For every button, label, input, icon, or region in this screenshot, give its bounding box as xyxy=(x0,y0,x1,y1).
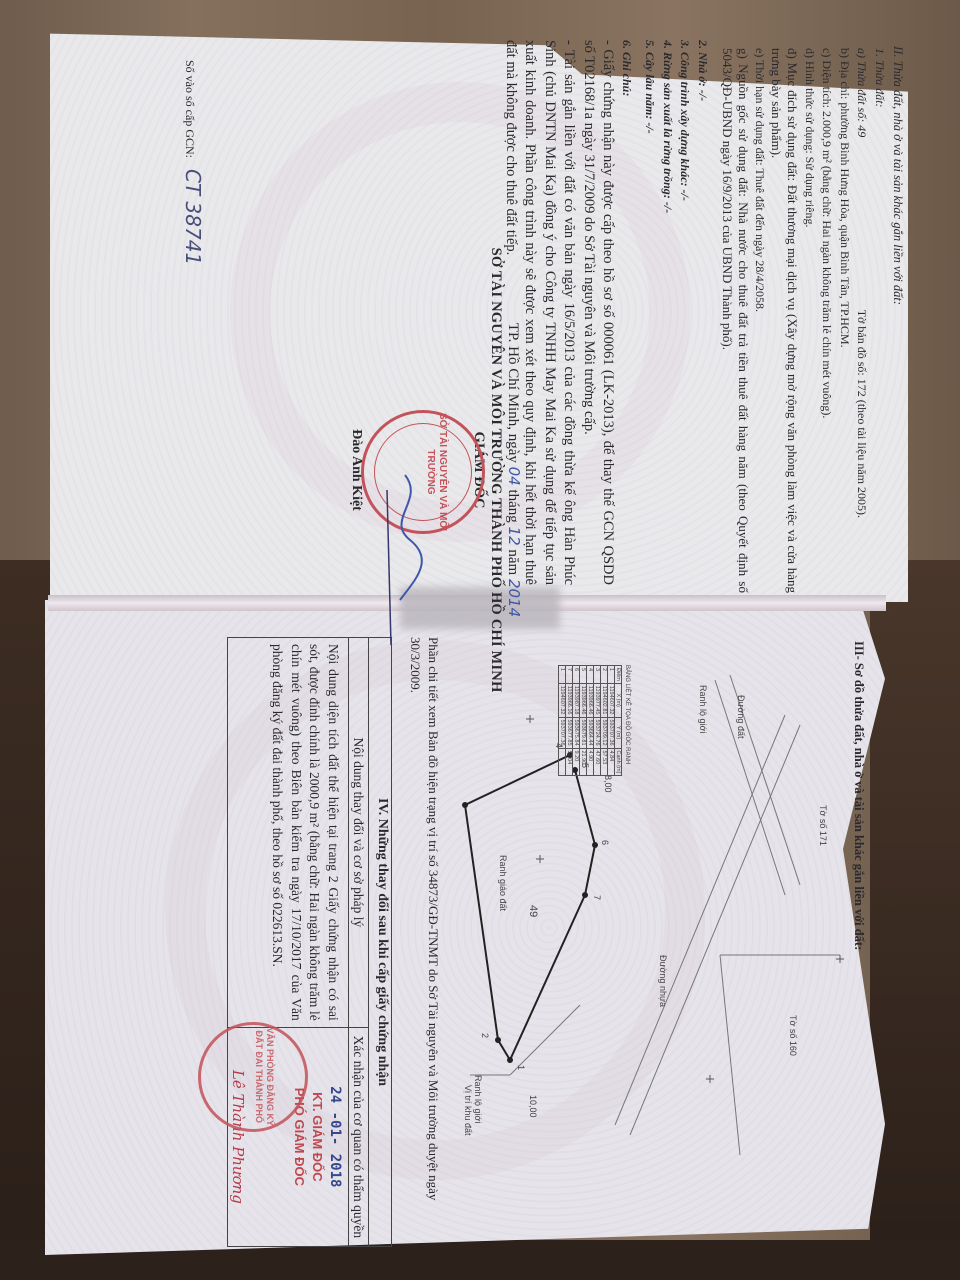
registry-number: Số vào sổ cấp GCN: CT 38741 xyxy=(181,60,205,265)
office-seal: VĂN PHÒNG ĐĂNG KÝ ĐẤT ĐAI THÀNH PHỐ xyxy=(198,1022,308,1132)
svg-text:Đường nhựa: Đường nhựa xyxy=(658,955,668,1007)
house-item: 2. Nhà ở: -/- xyxy=(694,40,712,595)
registry-code: CT 38741 xyxy=(181,169,205,265)
coord-row: 61193987.18593675.849.20 xyxy=(573,666,580,776)
svg-text:Vị trí khu đất: Vị trí khu đất xyxy=(463,1085,473,1136)
other-works-item: 3. Công trình xây dựng khác: -/- xyxy=(676,40,694,595)
coord-row: 11194607.32593707.364.84 xyxy=(608,666,615,776)
land-term: e) Thời hạn sử dụng đất: Thuê đất đến ng… xyxy=(751,40,769,595)
subsection-land: 1. Thửa đất: xyxy=(871,40,889,595)
svg-text:Ranh giáo đất: Ranh giáo đất xyxy=(498,855,508,912)
issue-day: 04 xyxy=(505,467,523,486)
svg-text:7: 7 xyxy=(592,895,602,900)
svg-text:Tờ số 160: Tờ số 160 xyxy=(788,1015,798,1056)
section-ii-title: II. Thửa đất, nhà ở và tài sản khác gắn … xyxy=(890,46,905,595)
approval-date: 24 -01- 2018 xyxy=(327,1029,343,1245)
use-form: d) Hình thức sử dụng: Sử dụng riêng. xyxy=(801,40,819,595)
perennial-item: 5. Cây lâu năm: -/- xyxy=(641,40,659,595)
coord-row: 51193966.46593679.8121.90 xyxy=(580,666,587,776)
svg-text:Tờ số 171: Tờ số 171 xyxy=(818,805,828,846)
parcel-address: b) Địa chỉ: phường Bình Hưng Hòa, quận B… xyxy=(836,40,854,595)
coord-row: 31193977.45593724.7647.60 xyxy=(594,666,601,776)
coordinate-table: ĐiểmX (m)Y (m)Cạnh (m)11194607.32593707.… xyxy=(558,665,622,776)
registry-label: Số vào sổ cấp GCN: xyxy=(183,60,197,158)
svg-text:Ranh lộ giới: Ranh lộ giới xyxy=(698,685,708,733)
svg-text:8,00: 8,00 xyxy=(603,775,613,793)
notes-title: 6. Ghi chú: xyxy=(618,40,636,595)
issue-year: 2014 xyxy=(505,579,523,617)
issue-month: 12 xyxy=(505,527,523,546)
parcel-number-label: 49 xyxy=(527,905,539,917)
map-sheet-number: Tờ bản đồ số: 172 (theo tài liệu năm 200… xyxy=(853,310,871,518)
page-land-info: II. Thửa đất, nhà ở và tài sản khác gắn … xyxy=(50,40,905,595)
coord-row: 11194607.32593707.36 xyxy=(559,666,566,776)
approval-kt: KT. GIÁM ĐỐC xyxy=(309,1029,325,1245)
coord-table-caption: BẢNG LIỆT KÊ TỌA ĐỘ GÓC RANH xyxy=(624,665,630,764)
handwritten-signature xyxy=(375,470,435,650)
change-approval: 24 -01- 2018 KT. GIÁM ĐỐC PHÓ GIÁM ĐỐC V… xyxy=(228,1027,349,1246)
coord-row: 71193966.16593677.8550.04 xyxy=(566,666,573,776)
land-origin: g) Nguồn gốc sử dụng đất: Nhà nước cho t… xyxy=(719,40,751,593)
land-purpose: đ) Mục đích sử dụng đất: Đất thương mại … xyxy=(769,40,801,593)
svg-text:Ranh lộ giới: Ranh lộ giới xyxy=(473,1075,483,1123)
parcel-area: c) Diện tích: 2.000,9 m² (bằng chữ: Hai … xyxy=(818,40,836,595)
parcel-number: a) Thửa đất số: 49 xyxy=(853,48,871,137)
forest-item: 4. Rừng sản xuất là rừng trồng: -/- xyxy=(659,40,677,595)
wood-table-right xyxy=(870,560,960,1280)
note-1: - Giấy chứng nhận này được cấp theo hồ s… xyxy=(579,40,618,585)
svg-text:2: 2 xyxy=(480,1033,490,1038)
map-reference: Phần chi tiết xem Bản đồ hiện trạng vị t… xyxy=(406,637,442,1237)
parcel-map: 1 2 3 4 5 6 7 49 Đường nhựa Đường đất Tờ… xyxy=(460,655,860,1195)
coord-row: 21194602.81593709.1257.53 xyxy=(601,666,608,776)
svg-text:1: 1 xyxy=(516,1065,526,1070)
page-map-and-changes: III- Sơ đồ thửa đất, nhà ở và tài sản kh… xyxy=(50,625,880,1250)
coord-row: 41193966.46593664.444.90 xyxy=(587,666,594,776)
change-entry: Nội dung diện tích đất thể hiện tại tran… xyxy=(228,638,349,1028)
svg-text:6: 6 xyxy=(600,840,610,845)
col-approval: Xác nhận của cơ quan có thẩm quyền xyxy=(349,1027,369,1246)
wood-table-left xyxy=(0,560,50,1280)
svg-text:10,00: 10,00 xyxy=(528,1095,538,1118)
changes-table: IV. Những thay đổi sau khi cấp giấy chứn… xyxy=(227,637,392,1247)
col-change-content: Nội dung thay đổi và cơ sở pháp lý xyxy=(349,638,369,1028)
svg-text:Đường đất: Đường đất xyxy=(736,695,746,739)
changes-title: IV. Những thay đổi sau khi cấp giấy chứn… xyxy=(369,638,392,1247)
